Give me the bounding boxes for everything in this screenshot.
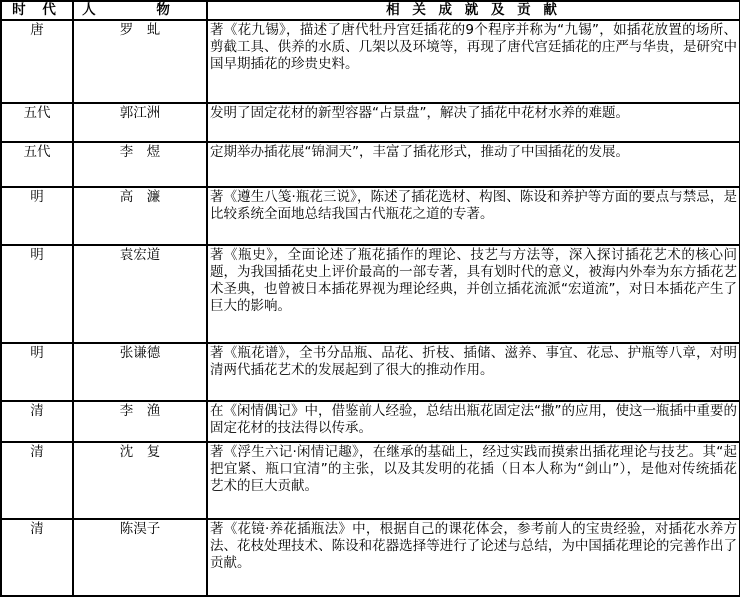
era-cell: 清 bbox=[1, 442, 73, 519]
contribution-cell: 著《浮生六记·闲情记趣》，在继承的基础上，经过实践而摸索出插花理论与技艺。其“起… bbox=[207, 442, 740, 519]
contribution-cell: 著《花九锡》，描述了唐代牡丹宫廷插花的9个程序并称为“九锡”，如插花放置的场所、… bbox=[207, 20, 740, 103]
contribution-cell: 发明了固定花材的新型容器“占景盘”，解决了插花中花材水养的难题。 bbox=[207, 103, 740, 142]
era-cell: 明 bbox=[1, 343, 73, 401]
contribution-cell: 著《瓶花谱》，全书分品瓶、品花、折枝、插储、滋养、事宜、花忌、护瓶等八章，对明清… bbox=[207, 343, 740, 401]
table-row: 明 张谦德 著《瓶花谱》，全书分品瓶、品花、折枝、插储、滋养、事宜、花忌、护瓶等… bbox=[1, 343, 740, 401]
era-cell: 五代 bbox=[1, 142, 73, 187]
person-cell: 罗 虬 bbox=[73, 20, 207, 103]
table-row: 明 袁宏道 著《瓶史》，全面论述了瓶花插作的理论、技艺与方法等，深入探讨插花艺术… bbox=[1, 245, 740, 343]
table-row: 唐 罗 虬 著《花九锡》，描述了唐代牡丹宫廷插花的9个程序并称为“九锡”，如插花… bbox=[1, 20, 740, 103]
person-cell: 李 煜 bbox=[73, 142, 207, 187]
contribution-cell: 定期举办插花展“锦洞天”，丰富了插花形式，推动了中国插花的发展。 bbox=[207, 142, 740, 187]
person-cell: 高 濂 bbox=[73, 187, 207, 245]
header-contribution: 相 关 成 就 及 贡 献 bbox=[207, 1, 740, 20]
table-row: 清 李 渔 在《闲情偶记》中，借鉴前人经验，总结出瓶花固定法“撒”的应用，使这一… bbox=[1, 401, 740, 442]
contribution-cell: 著《花镜·养花插瓶法》中，根据自己的课花体会，参考前人的宝贵经验，对插花水养方法… bbox=[207, 519, 740, 596]
era-cell: 清 bbox=[1, 519, 73, 596]
person-cell: 陈淏子 bbox=[73, 519, 207, 596]
contribution-cell: 著《遵生八笺·瓶花三说》，陈述了插花选材、构图、陈设和养护等方面的要点与禁忌，是… bbox=[207, 187, 740, 245]
era-cell: 明 bbox=[1, 245, 73, 343]
table-row: 清 沈 复 著《浮生六记·闲情记趣》，在继承的基础上，经过实践而摸索出插花理论与… bbox=[1, 442, 740, 519]
person-cell: 沈 复 bbox=[73, 442, 207, 519]
table-row: 五代 李 煜 定期举办插花展“锦洞天”，丰富了插花形式，推动了中国插花的发展。 bbox=[1, 142, 740, 187]
person-cell: 郭江洲 bbox=[73, 103, 207, 142]
header-person: 人 物 bbox=[73, 1, 207, 20]
person-cell: 张谦德 bbox=[73, 343, 207, 401]
contribution-cell: 在《闲情偶记》中，借鉴前人经验，总结出瓶花固定法“撒”的应用，使这一瓶插中重要的… bbox=[207, 401, 740, 442]
header-era: 时 代 bbox=[1, 1, 73, 20]
era-cell: 清 bbox=[1, 401, 73, 442]
person-cell: 李 渔 bbox=[73, 401, 207, 442]
table-row: 明 高 濂 著《遵生八笺·瓶花三说》，陈述了插花选材、构图、陈设和养护等方面的要… bbox=[1, 187, 740, 245]
contribution-cell: 著《瓶史》，全面论述了瓶花插作的理论、技艺与方法等，深入探讨插花艺术的核心问题，… bbox=[207, 245, 740, 343]
table-row: 清 陈淏子 著《花镜·养花插瓶法》中，根据自己的课花体会，参考前人的宝贵经验，对… bbox=[1, 519, 740, 596]
ikebana-history-table: 时 代 人 物 相 关 成 就 及 贡 献 唐 罗 虬 著《花九锡》，描述了唐代… bbox=[0, 0, 740, 597]
era-cell: 明 bbox=[1, 187, 73, 245]
person-cell: 袁宏道 bbox=[73, 245, 207, 343]
era-cell: 五代 bbox=[1, 103, 73, 142]
table-row: 五代 郭江洲 发明了固定花材的新型容器“占景盘”，解决了插花中花材水养的难题。 bbox=[1, 103, 740, 142]
era-cell: 唐 bbox=[1, 20, 73, 103]
header-row: 时 代 人 物 相 关 成 就 及 贡 献 bbox=[1, 1, 740, 20]
